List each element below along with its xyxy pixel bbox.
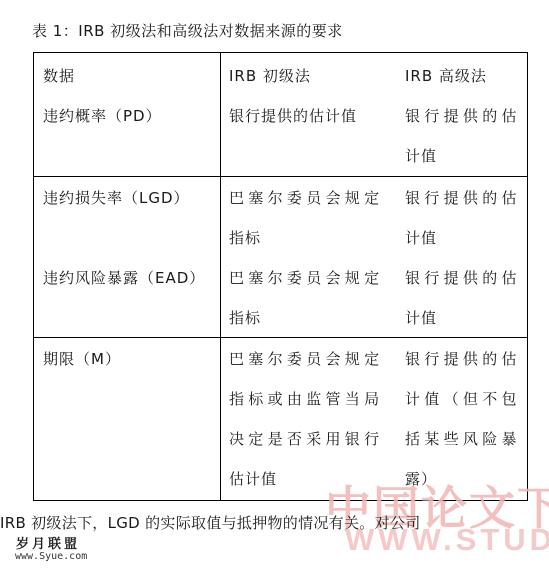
- cell-maturity-advanced-line1: 银行提供的估: [405, 339, 521, 379]
- row-divider: [34, 337, 527, 338]
- row-divider: [34, 176, 527, 177]
- cell-lgd-advanced-line1: 银行提供的估: [405, 178, 521, 218]
- cell-header-data: 数据: [43, 56, 75, 96]
- data-source-table: 数据 违约概率（PD） IRB 初级法 银行提供的估计值 IRB 高级法 银行提…: [33, 52, 528, 501]
- cell-maturity-foundation-line4: 估计值: [229, 459, 277, 499]
- cell-maturity-foundation-line1: 巴塞尔委员会规定: [229, 339, 383, 379]
- cell-pd-advanced-line1: 银行提供的估: [405, 96, 521, 136]
- cell-pd-label: 违约概率（PD）: [43, 96, 162, 136]
- cell-ead-foundation-line2: 指标: [229, 298, 261, 338]
- site-logo-url: www.Syue.com: [15, 551, 87, 562]
- cell-maturity-label: 期限（M）: [43, 339, 121, 379]
- column-divider: [220, 53, 221, 500]
- cell-maturity-foundation-line2: 指标或由监管当局: [229, 379, 383, 419]
- cell-ead-advanced-line1: 银行提供的估: [405, 258, 521, 298]
- cell-maturity-advanced-line3: 括某些风险暴: [405, 419, 521, 459]
- cell-ead-label: 违约风险暴露（EAD）: [43, 258, 205, 298]
- cell-maturity-advanced-line2: 计值（但不包: [405, 379, 521, 419]
- cell-pd-foundation: 银行提供的估计值: [229, 96, 357, 136]
- site-logo-name: 岁月联盟: [16, 533, 80, 552]
- cell-ead-advanced-line2: 计值: [405, 298, 437, 338]
- cell-lgd-foundation-line2: 指标: [229, 218, 261, 258]
- cell-ead-foundation-line1: 巴塞尔委员会规定: [229, 258, 383, 298]
- cell-maturity-foundation-line3: 决定是否采用银行: [229, 419, 383, 459]
- cell-header-irb-foundation: IRB 初级法: [229, 56, 311, 96]
- cell-header-irb-advanced: IRB 高级法: [405, 56, 487, 96]
- cell-lgd-foundation-line1: 巴塞尔委员会规定: [229, 178, 383, 218]
- body-paragraph: IRB 初级法下，LGD 的实际取值与抵押物的情况有关。对公司: [0, 512, 421, 533]
- cell-pd-advanced-line2: 计值: [405, 136, 437, 176]
- cell-lgd-label: 违约损失率（LGD）: [43, 178, 190, 218]
- cell-lgd-advanced-line2: 计值: [405, 218, 437, 258]
- table-caption: 表 1：IRB 初级法和高级法对数据来源的要求: [32, 20, 343, 41]
